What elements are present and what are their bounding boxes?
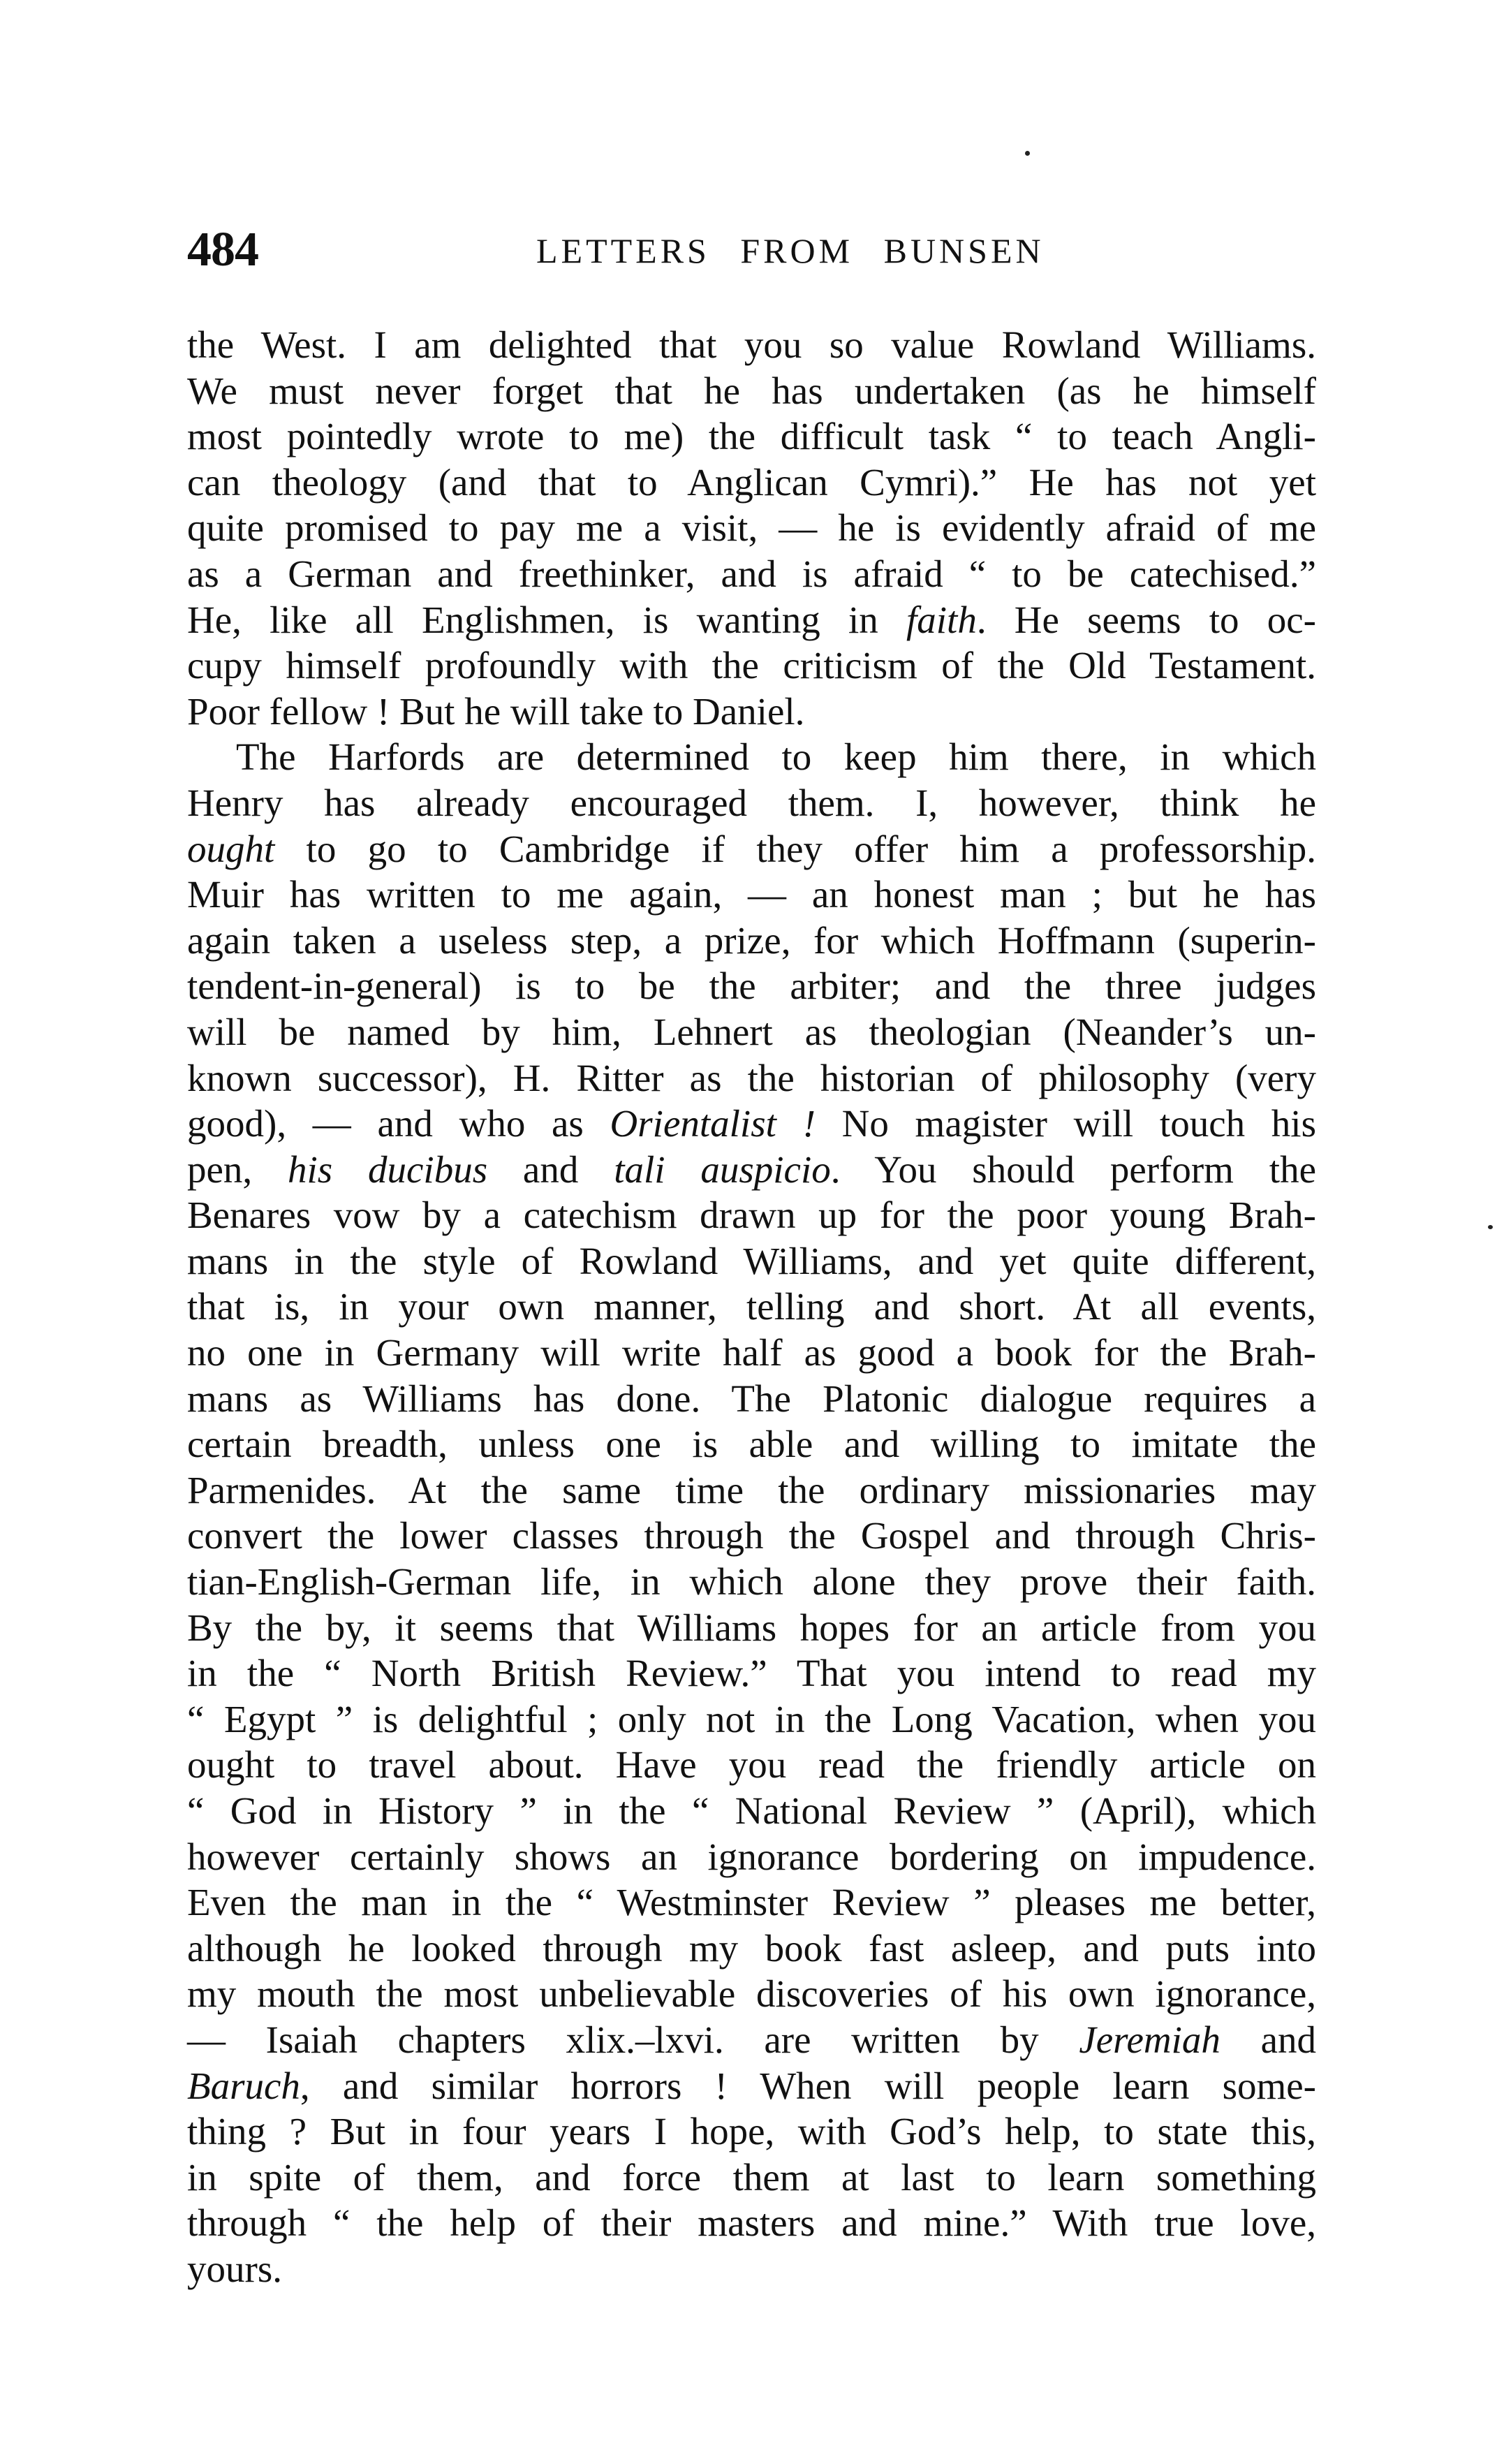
text-line: known successor), H. Ritter as the histo… <box>187 1055 1316 1101</box>
scan-speck <box>1025 151 1030 156</box>
text-line: quite promised to pay me a visit, — he i… <box>187 505 1316 551</box>
text-line: most pointedly wrote to me) the difficul… <box>187 413 1316 460</box>
text-line: By the by, it seems that Williams hopes … <box>187 1605 1316 1651</box>
text-line: Benares vow by a catechism drawn up for … <box>187 1192 1316 1238</box>
text-line: Henry has already encouraged them. I, ho… <box>187 780 1316 826</box>
text-line: cupy himself profoundly with the critici… <box>187 643 1316 689</box>
italic-phrase: Baruch <box>187 2065 300 2107</box>
scan-speck <box>1488 1225 1493 1229</box>
text-line: again taken a useless step, a prize, for… <box>187 918 1316 964</box>
text-line: “ God in History ” in the “ National Rev… <box>187 1788 1316 1834</box>
text-line: tendent-in-general) is to be the arbiter… <box>187 963 1316 1009</box>
letter-body: the West. I am delighted that you so val… <box>187 322 1316 2292</box>
italic-phrase: ought <box>187 828 274 870</box>
text-line: He, like all Englishmen, is wanting in f… <box>187 597 1316 643</box>
text-line: although he looked through my book fast … <box>187 1926 1316 1972</box>
text-line: in the “ North British Review.” That you… <box>187 1650 1316 1696</box>
text-line: Muir has written to me again, — an hones… <box>187 872 1316 918</box>
text-line: certain breadth, unless one is able and … <box>187 1421 1316 1467</box>
text-line: no one in Germany will write half as goo… <box>187 1330 1316 1376</box>
text-line: pen, his ducibus and tali auspicio. You … <box>187 1147 1316 1193</box>
text-line: as a German and freethinker, and is afra… <box>187 551 1316 597</box>
text-line: that is, in your own manner, telling and… <box>187 1284 1316 1330</box>
text-line: Even the man in the “ Westminster Review… <box>187 1879 1316 1926</box>
text-line: the West. I am delighted that you so val… <box>187 322 1316 368</box>
italic-phrase: his ducibus <box>288 1148 487 1191</box>
text-line: Baruch, and similar horrors ! When will … <box>187 2063 1316 2109</box>
italic-phrase: Jeremiah <box>1079 2018 1221 2061</box>
text-line: through “ the help of their masters and … <box>187 2200 1316 2246</box>
text-line: in spite of them, and force them at last… <box>187 2155 1316 2201</box>
text-line: ought to go to Cambridge if they offer h… <box>187 826 1316 872</box>
text-line: The Harfords are determined to keep him … <box>187 734 1316 780</box>
text-line: mans in the style of Rowland Williams, a… <box>187 1238 1316 1284</box>
text-line: We must never forget that he has underta… <box>187 368 1316 414</box>
text-line: can theology (and that to Anglican Cymri… <box>187 460 1316 506</box>
text-line: thing ? But in four years I hope, with G… <box>187 2109 1316 2155</box>
text-line: ought to travel about. Have you read the… <box>187 1742 1316 1788</box>
italic-phrase: Orientalist ! <box>610 1102 816 1145</box>
text-line: — Isaiah chapters xlix.–lxvi. are writte… <box>187 2017 1316 2063</box>
text-line: however certainly shows an ignorance bor… <box>187 1834 1316 1880</box>
text-line: yours. <box>187 2246 1316 2292</box>
text-line: “ Egypt ” is delightful ; only not in th… <box>187 1696 1316 1743</box>
text-line: Parmenides. At the same time the ordinar… <box>187 1467 1316 1513</box>
text-line: Poor fellow ! But he will take to Daniel… <box>187 689 1316 735</box>
page-number: 484 <box>187 222 258 278</box>
italic-phrase: tali auspicio <box>614 1148 831 1191</box>
text-line: convert the lower classes through the Go… <box>187 1513 1316 1559</box>
running-head: 484 LETTERS FROM BUNSEN <box>187 222 1316 278</box>
text-line: will be named by him, Lehnert as theolog… <box>187 1009 1316 1055</box>
text-line: mans as Williams has done. The Platonic … <box>187 1376 1316 1422</box>
text-line: my mouth the most unbelievable discoveri… <box>187 1971 1316 2017</box>
text-line: tian-English-German life, in which alone… <box>187 1559 1316 1605</box>
running-title: LETTERS FROM BUNSEN <box>536 226 1007 275</box>
italic-phrase: faith <box>906 599 977 641</box>
text-line: good), — and who as Orientalist ! No mag… <box>187 1101 1316 1147</box>
